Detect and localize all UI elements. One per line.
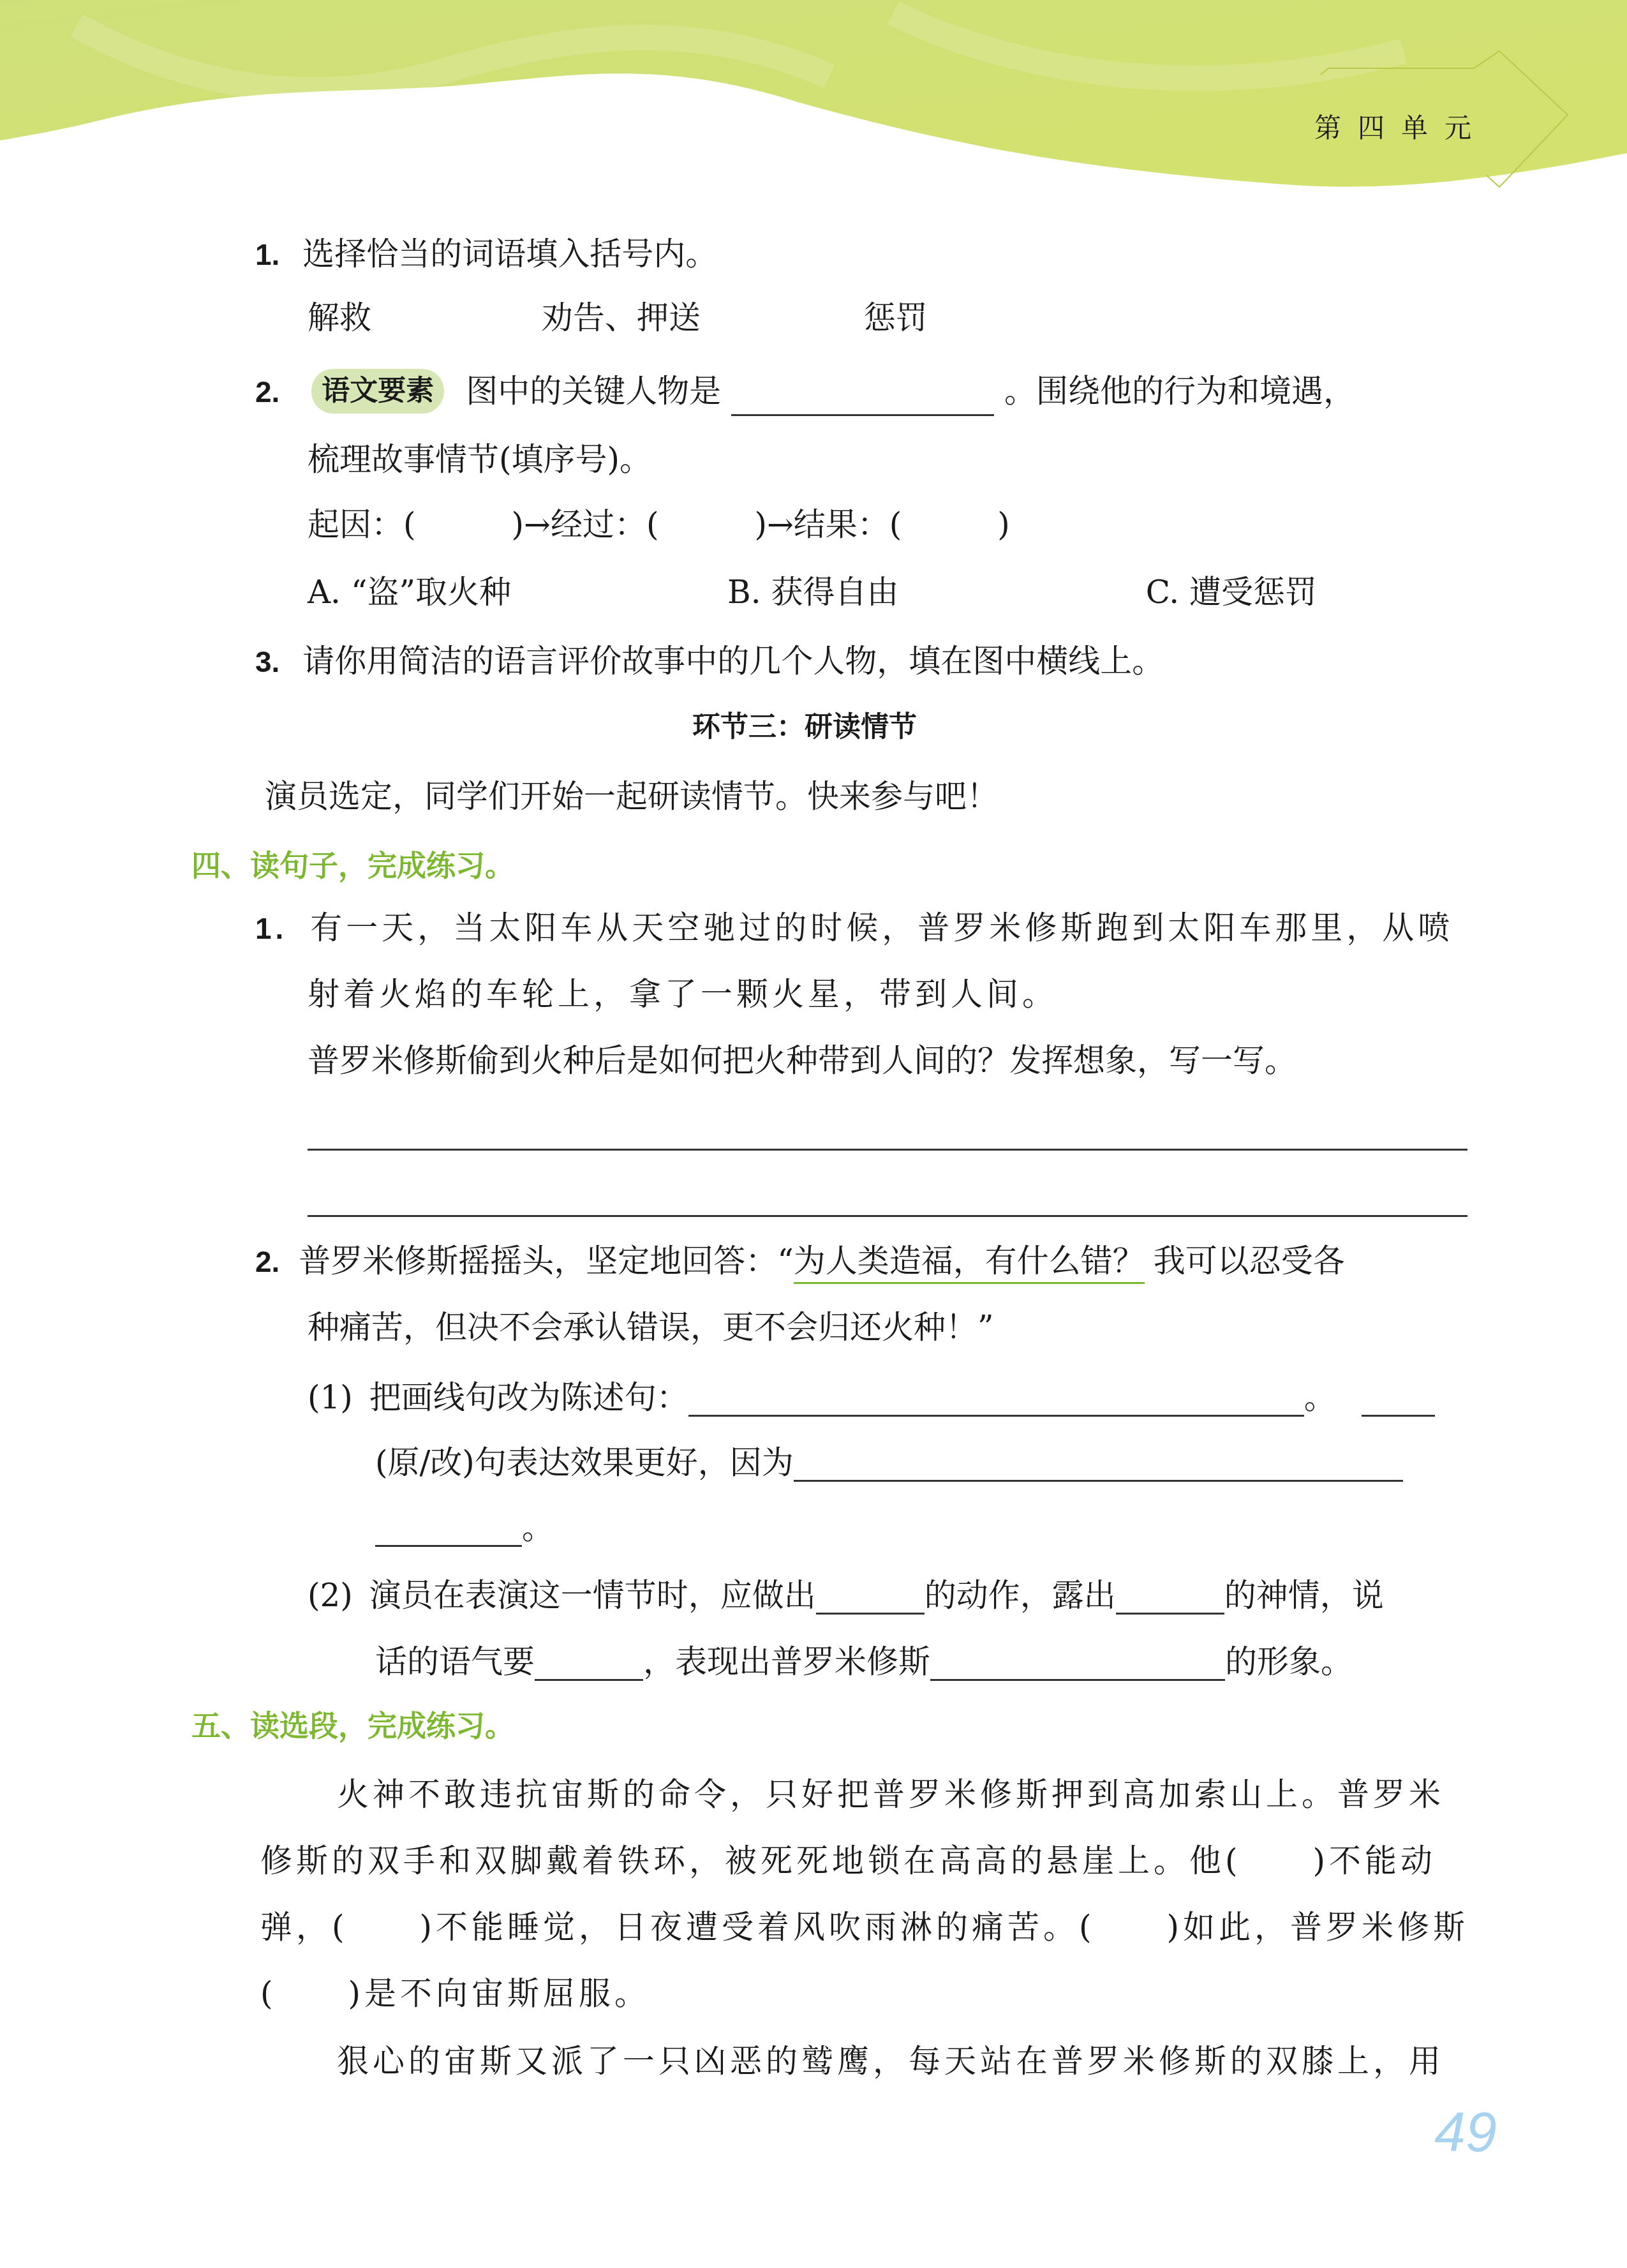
sub-prompt: 的动作，露出 <box>925 1577 1116 1614</box>
sub-label: (2) <box>308 1577 353 1614</box>
quoted-sentence-line1: 有一天，当太阳车从天空驰过的时候，普罗米修斯跑到太阳车那里，从喷 <box>310 909 1453 946</box>
sub-prompt: 把画线句改为陈述句： <box>369 1379 688 1416</box>
option-letter: C. <box>1146 574 1179 611</box>
word-bank: 解救 劝告、押送 惩罚 <box>308 299 928 337</box>
answer-line-1[interactable] <box>308 1149 1467 1151</box>
passage-line: 弹，( )不能睡觉，日夜遭受着风吹雨淋的痛苦。( )如此，普罗米修斯 <box>260 1908 1469 1946</box>
question-1: 1. 选择恰当的词语填入括号内。 <box>255 235 717 274</box>
passage-line: ( )是不向宙斯屈服。 <box>260 1974 650 2013</box>
language-element-badge: 语文要素 <box>311 369 444 414</box>
question-number: 1. <box>255 238 279 271</box>
sub-prompt: 话的语气要 <box>375 1643 535 1680</box>
sub-prompt: 演员在表演这一情节时，应做出 <box>369 1577 816 1614</box>
s4-question-2: 2. 普罗米修斯摇摇头，坚定地回答：“为人类造福，有什么错？我可以忍受各 <box>255 1242 1345 1281</box>
question-2: 2. 语文要素 图中的关键人物是 。围绕他的行为和境遇， <box>255 371 1355 416</box>
reason-blank[interactable] <box>794 1448 1403 1482</box>
stage-three-heading: 环节三：研读情节 <box>692 708 917 747</box>
option-a: A. “盗”取火种 <box>308 573 717 611</box>
option-text: 获得自由 <box>771 574 898 611</box>
sub-question-1-line3: 。 <box>375 1509 554 1547</box>
quoted-sentence-line2: 射着火焰的车轮上，拿了一颗火星，带到人间。 <box>308 975 1058 1013</box>
declarative-sentence-blank[interactable] <box>688 1383 1304 1417</box>
word-option: 惩罚 <box>864 299 928 337</box>
question-number: 1. <box>255 912 287 945</box>
sub-question-1-line2: (原/改)句表达效果更好，因为 <box>375 1444 1403 1482</box>
plot-options: A. “盗”取火种 B. 获得自由 C. 遭受惩罚 <box>308 573 1317 611</box>
stage-three-intro: 演员选定，同学们开始一起研读情节。快来参与吧！ <box>265 777 999 816</box>
option-b: B. 获得自由 <box>727 573 1136 611</box>
sub-prompt: 的形象。 <box>1225 1643 1353 1680</box>
question-prompt: 请你用简洁的语言评价故事中的几个人物，填在图中横线上。 <box>302 643 1164 680</box>
question-prompt: 图中的关键人物是 <box>466 373 721 410</box>
quote-cont: 我可以忍受各 <box>1154 1242 1345 1279</box>
sub-prompt-cont: (原/改)句表达效果更好，因为 <box>375 1444 794 1481</box>
word-option: 解救 <box>308 299 531 337</box>
image-blank[interactable] <box>930 1647 1225 1681</box>
answer-line-2[interactable] <box>308 1215 1467 1217</box>
underlined-sentence: 为人类造福，有什么错？ <box>794 1242 1145 1284</box>
passage-line: 修斯的双手和双脚戴着铁环，被死死地锁在高高的悬崖上。他( )不能动 <box>260 1842 1436 1880</box>
section-five-title: 五、读选段，完成练习。 <box>191 1706 514 1745</box>
s4-question-1: 1. 有一天，当太阳车从天空驰过的时候，普罗米修斯跑到太阳车那里，从喷 <box>255 909 1453 948</box>
sub-label: (1) <box>308 1379 353 1416</box>
result-label: )→结果：( <box>754 506 902 543</box>
key-person-blank[interactable] <box>731 382 994 416</box>
section-four-title: 四、读句子，完成练习。 <box>191 846 514 884</box>
original-or-revised-blank[interactable] <box>1362 1383 1435 1417</box>
question-3: 3. 请你用简洁的语言评价故事中的几个人物，填在图中横线上。 <box>255 642 1164 681</box>
s4-q1-question: 普罗米修斯偷到火种后是如何把火种带到人间的？发挥想象，写一写。 <box>308 1041 1296 1080</box>
option-letter: A. <box>308 574 341 611</box>
word-option: 劝告、押送 <box>541 299 854 337</box>
sub-question-1: (1) 把画线句改为陈述句：。 <box>308 1378 1435 1417</box>
reason-blank-cont[interactable] <box>375 1513 522 1547</box>
close-paren: ) <box>997 506 1010 543</box>
sub-prompt: ，表现出普罗米修斯 <box>643 1643 930 1680</box>
option-letter: B. <box>727 574 761 611</box>
question-number: 3. <box>255 645 279 678</box>
period: 。 <box>522 1509 554 1546</box>
passage-line: 火神不敢违抗宙斯的命令，只好把普罗米修斯押到高加索山上。普罗米 <box>337 1775 1445 1814</box>
question-number: 2. <box>255 375 279 408</box>
unit-label: 第四单元 <box>1314 107 1488 145</box>
option-text: 遭受惩罚 <box>1189 574 1317 611</box>
action-blank[interactable] <box>816 1581 925 1615</box>
cause-label: 起因：( <box>308 506 416 543</box>
process-label: )→经过：( <box>512 506 659 543</box>
sub-prompt: 的神情，说 <box>1224 1577 1384 1614</box>
option-c: C. 遭受惩罚 <box>1146 573 1317 611</box>
quote-intro: 普罗米修斯摇摇头，坚定地回答：“ <box>299 1242 794 1279</box>
period: 。 <box>1304 1379 1336 1416</box>
option-text: “盗”取火种 <box>351 574 511 611</box>
header-banner: 第四单元 <box>0 0 1627 204</box>
plot-flow: 起因：()→经过：()→结果：() <box>308 505 1010 544</box>
s4-q2-line2: 种痛苦，但决不会承认错误，更不会归还火种！” <box>308 1308 994 1347</box>
question-2-line2: 梳理故事情节(填序号)。 <box>308 440 651 479</box>
decorative-wave-icon <box>0 0 1627 204</box>
page-number: 49 <box>1434 2100 1497 2165</box>
expression-blank[interactable] <box>1116 1581 1224 1615</box>
question-number: 2. <box>255 1245 279 1278</box>
sub-question-2-line2: 话的语气要，表现出普罗米修斯的形象。 <box>375 1643 1353 1681</box>
tone-blank[interactable] <box>535 1647 643 1681</box>
question-prompt-cont: 。围绕他的行为和境遇， <box>1004 373 1355 410</box>
question-prompt: 选择恰当的词语填入括号内。 <box>302 235 717 272</box>
passage-line: 狠心的宙斯又派了一只凶恶的鹫鹰，每天站在普罗米修斯的双膝上，用 <box>337 2042 1445 2080</box>
sub-question-2: (2) 演员在表演这一情节时，应做出的动作，露出的神情，说 <box>308 1576 1384 1615</box>
